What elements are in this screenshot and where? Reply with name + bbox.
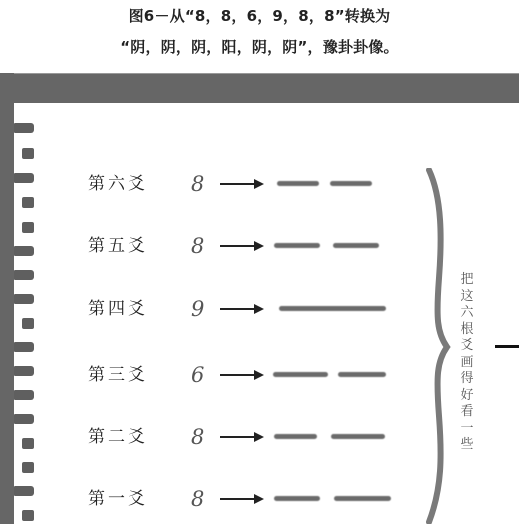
yin-line-left bbox=[274, 496, 320, 501]
arrow-right-icon bbox=[220, 183, 262, 185]
note-char: 画 bbox=[458, 355, 476, 372]
yao-number: 8 bbox=[191, 169, 204, 199]
note-char: 好 bbox=[458, 388, 476, 405]
yin-line-right bbox=[334, 496, 391, 501]
note-char: 把 bbox=[458, 272, 476, 289]
note-char: 一 bbox=[458, 421, 476, 438]
caption-line-2: “阴，阴，阴，阳，阴，阴”，豫卦卦像。 bbox=[0, 36, 519, 57]
right-dash-line bbox=[495, 345, 519, 348]
yin-line-left bbox=[274, 243, 320, 248]
arrow-right-icon bbox=[220, 374, 262, 376]
note-char: 根 bbox=[458, 322, 476, 339]
yao-row-3: 第三爻 6 bbox=[0, 360, 420, 390]
note-char: 些 bbox=[458, 437, 476, 454]
arrow-right-icon bbox=[220, 245, 262, 247]
note-char: 得 bbox=[458, 371, 476, 388]
vertical-note: 把 这 六 根 爻 画 得 好 看 一 些 bbox=[458, 272, 476, 454]
binding-tab bbox=[14, 123, 34, 133]
yao-label: 第一爻 bbox=[88, 484, 148, 514]
yao-row-2: 第二爻 8 bbox=[0, 422, 420, 452]
note-char: 这 bbox=[458, 289, 476, 306]
yao-row-5: 第五爻 8 bbox=[0, 231, 420, 261]
binding-tab bbox=[14, 270, 34, 280]
yao-label: 第三爻 bbox=[88, 360, 148, 390]
yao-number: 8 bbox=[191, 484, 204, 514]
yin-line-left bbox=[273, 372, 328, 377]
binding-hole bbox=[22, 462, 34, 473]
binding-hole bbox=[22, 148, 34, 159]
yin-line-right bbox=[330, 181, 372, 186]
yao-number: 6 bbox=[191, 360, 204, 390]
arrow-right-icon bbox=[220, 308, 262, 310]
yao-number: 9 bbox=[191, 294, 204, 324]
notebook-top-band bbox=[0, 73, 519, 104]
yao-row-1: 第一爻 8 bbox=[0, 484, 420, 514]
binding-tab bbox=[14, 342, 34, 352]
yao-label: 第五爻 bbox=[88, 231, 148, 261]
arrow-right-icon bbox=[220, 498, 262, 500]
note-char: 爻 bbox=[458, 338, 476, 355]
curly-brace-icon bbox=[420, 168, 460, 524]
yin-line-left bbox=[277, 181, 319, 186]
yao-number: 8 bbox=[191, 422, 204, 452]
yao-number: 8 bbox=[191, 231, 204, 261]
yin-line-right bbox=[338, 372, 386, 377]
yao-label: 第四爻 bbox=[88, 294, 148, 324]
binding-tab bbox=[14, 390, 34, 400]
yao-label: 第六爻 bbox=[88, 169, 148, 199]
yin-line-right bbox=[333, 243, 379, 248]
yao-row-4: 第四爻 9 bbox=[0, 294, 420, 324]
note-char: 看 bbox=[458, 404, 476, 421]
yin-line-left bbox=[274, 434, 317, 439]
note-char: 六 bbox=[458, 305, 476, 322]
arrow-right-icon bbox=[220, 436, 262, 438]
yao-label: 第二爻 bbox=[88, 422, 148, 452]
yin-line-right bbox=[331, 434, 385, 439]
yao-row-6: 第六爻 8 bbox=[0, 169, 420, 199]
yang-line bbox=[279, 306, 386, 311]
caption-line-1: 图6－从“8，8，6，9，8，8”转换为 bbox=[0, 5, 519, 26]
